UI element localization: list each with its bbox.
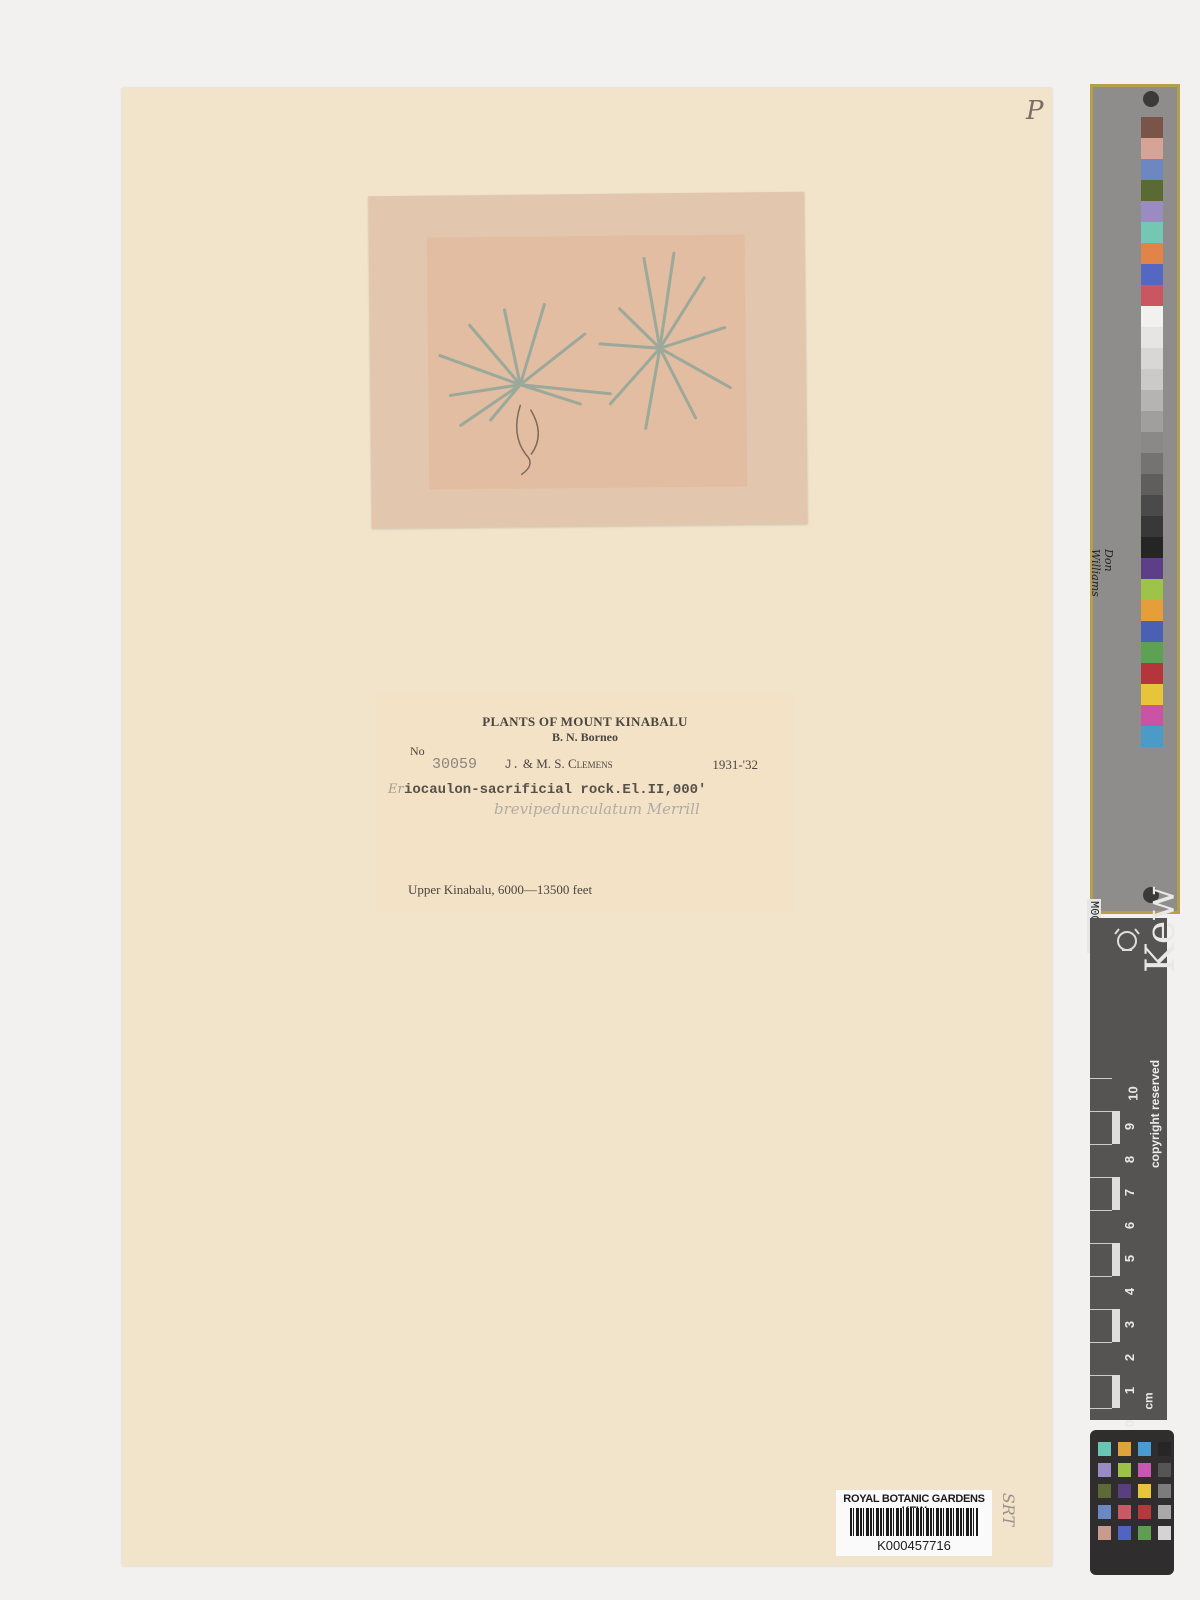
plant-specimen-icon [368, 192, 807, 529]
ruler-number: 4 [1122, 1288, 1137, 1295]
color-swatch [1141, 705, 1163, 726]
ruler-tick [1090, 1210, 1112, 1244]
collector: J. & M. S. Clemens [504, 756, 613, 772]
ruler-number: 3 [1122, 1321, 1137, 1328]
ruler-number: 0 [1122, 1420, 1137, 1427]
ruler-alt-band [1112, 1177, 1120, 1210]
registration-dot-icon [1143, 91, 1159, 107]
label-title: PLANTS OF MOUNT KINABALU [376, 714, 794, 730]
checker-cell [1098, 1463, 1111, 1477]
color-swatch [1141, 201, 1163, 222]
color-swatch [1141, 159, 1163, 180]
collector-overtyped: & M. S. [523, 756, 565, 771]
ruler-alt-band [1112, 1309, 1120, 1342]
checker-cell [1158, 1463, 1171, 1477]
corner-mark: P [1026, 96, 1044, 126]
barcode-id: K000457716 [836, 1538, 992, 1553]
checker-cell [1158, 1526, 1171, 1540]
specimen-label: PLANTS OF MOUNT KINABALU B. N. Borneo No… [376, 694, 794, 912]
color-swatch [1141, 264, 1163, 285]
color-swatch [1141, 474, 1163, 495]
specimen-packet [368, 192, 807, 529]
color-checker-grid [1098, 1442, 1171, 1540]
handwritten-prefix: Er [388, 782, 404, 797]
checker-cell [1138, 1442, 1151, 1456]
collection-years: 1931-'32 [712, 757, 758, 773]
checker-cell [1118, 1442, 1131, 1456]
color-swatch [1141, 390, 1163, 411]
checker-cell [1158, 1505, 1171, 1519]
color-swatch [1141, 432, 1163, 453]
color-swatch [1141, 222, 1163, 243]
ruler-alt-band [1112, 1375, 1120, 1408]
checker-cell [1158, 1484, 1171, 1498]
ruler-tick [1090, 1375, 1112, 1409]
ruler-number: 8 [1122, 1156, 1137, 1163]
color-swatch [1141, 285, 1163, 306]
ruler-tick [1090, 1144, 1112, 1178]
color-swatch [1141, 327, 1163, 348]
color-swatch [1141, 663, 1163, 684]
color-swatch [1141, 306, 1163, 327]
copyright-text: copyright reserved [1148, 1060, 1162, 1168]
color-swatch [1141, 453, 1163, 474]
ruler-number: 6 [1122, 1222, 1137, 1229]
ruler-number: 1 [1122, 1387, 1137, 1394]
collector-name: Clemens [568, 756, 613, 771]
checker-cell [1098, 1484, 1111, 1498]
ruler-number: 9 [1122, 1123, 1137, 1130]
barcode-label: ROYAL BOTANIC GARDENS KEW K000457716 [836, 1490, 992, 1556]
ruler-number: 10 [1126, 1086, 1141, 1100]
strip-brand: Don Williams [1089, 549, 1115, 611]
checker-cell [1118, 1505, 1131, 1519]
color-swatch [1141, 579, 1163, 600]
side-note: SRT [999, 1493, 1018, 1526]
checker-cell [1138, 1526, 1151, 1540]
ruler-tick [1090, 1177, 1112, 1211]
ruler-unit: cm [1142, 1392, 1156, 1409]
ruler-tick [1090, 1342, 1112, 1376]
color-target-strip: inches Don Williams M000955 [1090, 84, 1180, 914]
color-swatch [1141, 138, 1163, 159]
ruler-alt-band [1112, 1243, 1120, 1276]
checker-cell [1138, 1505, 1151, 1519]
color-swatch [1141, 411, 1163, 432]
checker-cell [1138, 1484, 1151, 1498]
checker-cell [1098, 1505, 1111, 1519]
color-swatch [1141, 642, 1163, 663]
checker-cell [1118, 1526, 1131, 1540]
collection-number: 30059 [432, 756, 477, 773]
collector-initial: J. [504, 757, 520, 772]
ruler-tick [1090, 1309, 1112, 1343]
ruler-tick [1090, 1276, 1112, 1310]
ruler-number: 2 [1122, 1354, 1137, 1361]
checker-cell [1118, 1463, 1131, 1477]
color-swatch [1141, 621, 1163, 642]
number-label: No [410, 744, 425, 759]
ruler-number: 7 [1122, 1189, 1137, 1196]
color-swatch [1141, 600, 1163, 621]
color-swatch [1141, 180, 1163, 201]
kew-scale-bar: Kew copyright reserved cm 012345678910 [1090, 918, 1167, 1420]
color-swatch [1141, 537, 1163, 558]
label-footer: Upper Kinabalu, 6000—13500 feet [408, 882, 592, 898]
checker-cell [1098, 1526, 1111, 1540]
locality-text: iocaulon-sacrificial rock.El.II,000' [404, 782, 706, 798]
color-swatch [1141, 516, 1163, 537]
ruler-tick [1090, 1243, 1112, 1277]
color-swatch [1141, 558, 1163, 579]
color-swatches [1141, 117, 1163, 747]
color-checker [1090, 1430, 1174, 1575]
handwritten-determination: brevipedunculatum Merrill [494, 800, 700, 818]
color-swatch [1141, 369, 1163, 390]
color-swatch [1141, 684, 1163, 705]
color-swatch [1141, 348, 1163, 369]
color-swatch [1141, 117, 1163, 138]
color-swatch [1141, 243, 1163, 264]
ruler-number: 5 [1122, 1255, 1137, 1262]
ruler-alt-band [1112, 1111, 1120, 1144]
color-swatch [1141, 495, 1163, 516]
checker-cell [1118, 1484, 1131, 1498]
checker-cell [1138, 1463, 1151, 1477]
checker-cell [1158, 1442, 1171, 1456]
cm-ruler [1090, 1068, 1122, 1418]
checker-cell [1098, 1442, 1111, 1456]
color-swatch [1141, 726, 1163, 747]
ruler-tick [1090, 1078, 1112, 1112]
barcode-icon [850, 1508, 978, 1536]
kew-logo: Kew [1138, 886, 1184, 973]
label-subtitle: B. N. Borneo [376, 730, 794, 745]
ruler-tick [1090, 1111, 1112, 1145]
